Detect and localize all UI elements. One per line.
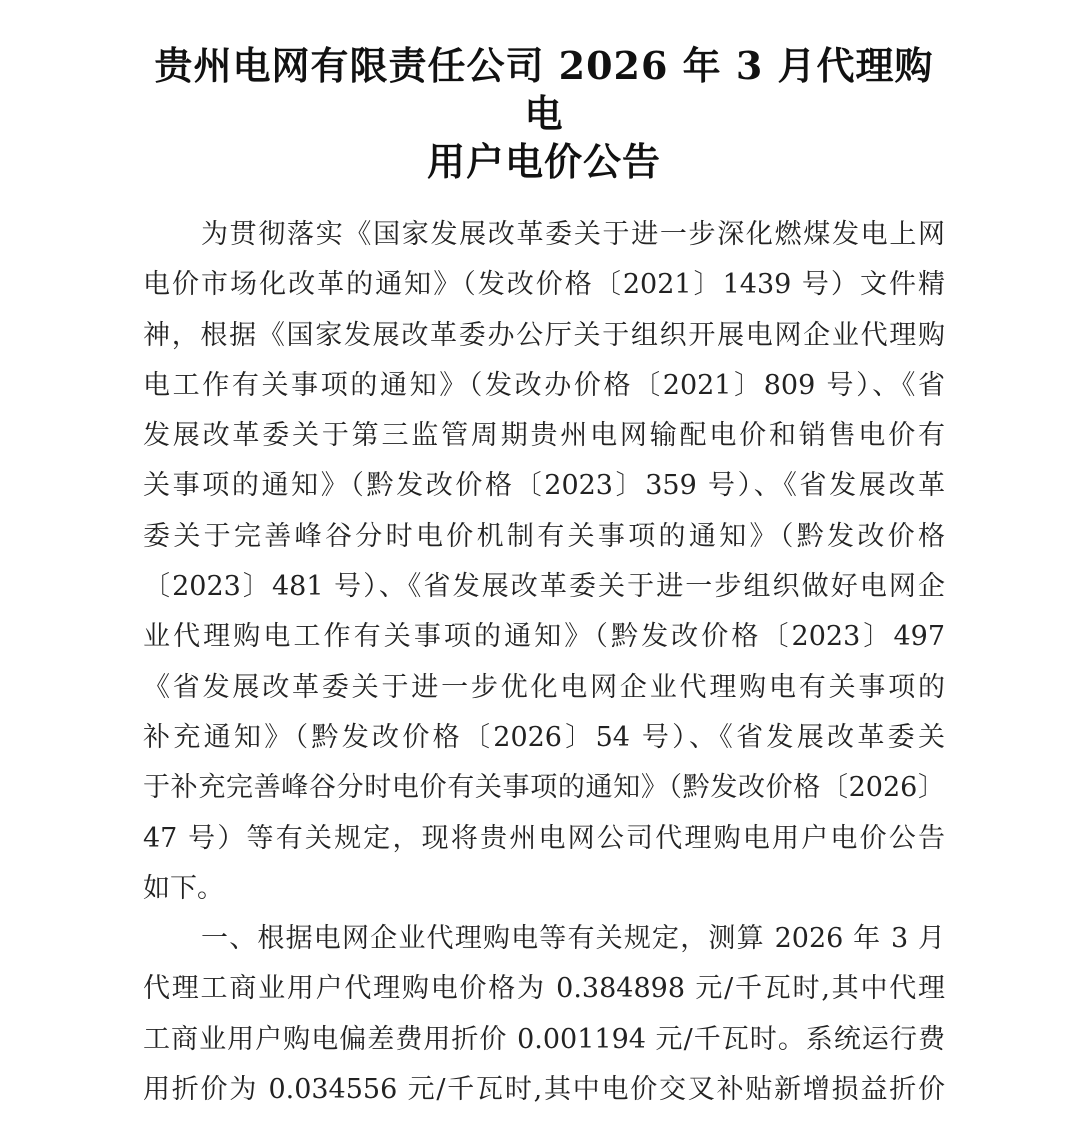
- body-line: 工商业用户购电偏差费用折价 0.001194 元/千瓦时。系统运行费: [143, 1015, 945, 1065]
- body-line: 电工作有关事项的通知》（发改办价格〔2021〕809 号）、《省: [143, 361, 945, 411]
- body-line: 业代理购电工作有关事项的通知》（黔发改价格〔2023〕497 号）、: [143, 612, 945, 662]
- intro-paragraph: 为贯彻落实《国家发展改革委关于进一步深化燃煤发电上网 电价市场化改革的通知》（发…: [143, 210, 945, 914]
- document-body: 为贯彻落实《国家发展改革委关于进一步深化燃煤发电上网 电价市场化改革的通知》（发…: [0, 210, 1080, 1115]
- body-line: 代理工商业用户代理购电价格为 0.384898 元/千瓦时,其中代理: [143, 964, 945, 1014]
- document-title: 贵州电网有限责任公司 2026 年 3 月代理购电 用户电价公告: [0, 0, 1080, 186]
- body-line: 《省发展改革委关于进一步优化电网企业代理购电有关事项的: [143, 663, 945, 713]
- body-line: 补充通知》（黔发改价格〔2026〕54 号）、《省发展改革委关: [143, 713, 945, 763]
- body-line: 发展改革委关于第三监管周期贵州电网输配电价和销售电价有: [143, 411, 945, 461]
- body-line: 〔2023〕481 号）、《省发展改革委关于进一步组织做好电网企: [143, 562, 945, 612]
- title-line-1: 贵州电网有限责任公司 2026 年 3 月代理购电: [143, 42, 945, 138]
- body-line: 为贯彻落实《国家发展改革委关于进一步深化燃煤发电上网: [143, 210, 945, 260]
- body-line: 如下。: [143, 864, 945, 914]
- body-line: 一、根据电网企业代理购电等有关规定，测算 2026 年 3 月: [143, 914, 945, 964]
- body-line: 于补充完善峰谷分时电价有关事项的通知》（黔发改价格〔2026〕: [143, 763, 945, 813]
- body-line: 47 号）等有关规定，现将贵州电网公司代理购电用户电价公告: [143, 814, 945, 864]
- body-line: 委关于完善峰谷分时电价机制有关事项的通知》（黔发改价格: [143, 512, 945, 562]
- section-one-paragraph: 一、根据电网企业代理购电等有关规定，测算 2026 年 3 月 代理工商业用户代…: [143, 914, 945, 1115]
- title-line-2: 用户电价公告: [143, 138, 945, 186]
- body-line: 用折价为 0.034556 元/千瓦时,其中电价交叉补贴新增损益折价: [143, 1065, 945, 1115]
- body-line: 关事项的通知》（黔发改价格〔2023〕359 号）、《省发展改革: [143, 461, 945, 511]
- document-page: 贵州电网有限责任公司 2026 年 3 月代理购电 用户电价公告 为贯彻落实《国…: [0, 0, 1080, 1124]
- body-line: 神，根据《国家发展改革委办公厅关于组织开展电网企业代理购: [143, 311, 945, 361]
- body-line: 电价市场化改革的通知》（发改价格〔2021〕1439 号）文件精: [143, 260, 945, 310]
